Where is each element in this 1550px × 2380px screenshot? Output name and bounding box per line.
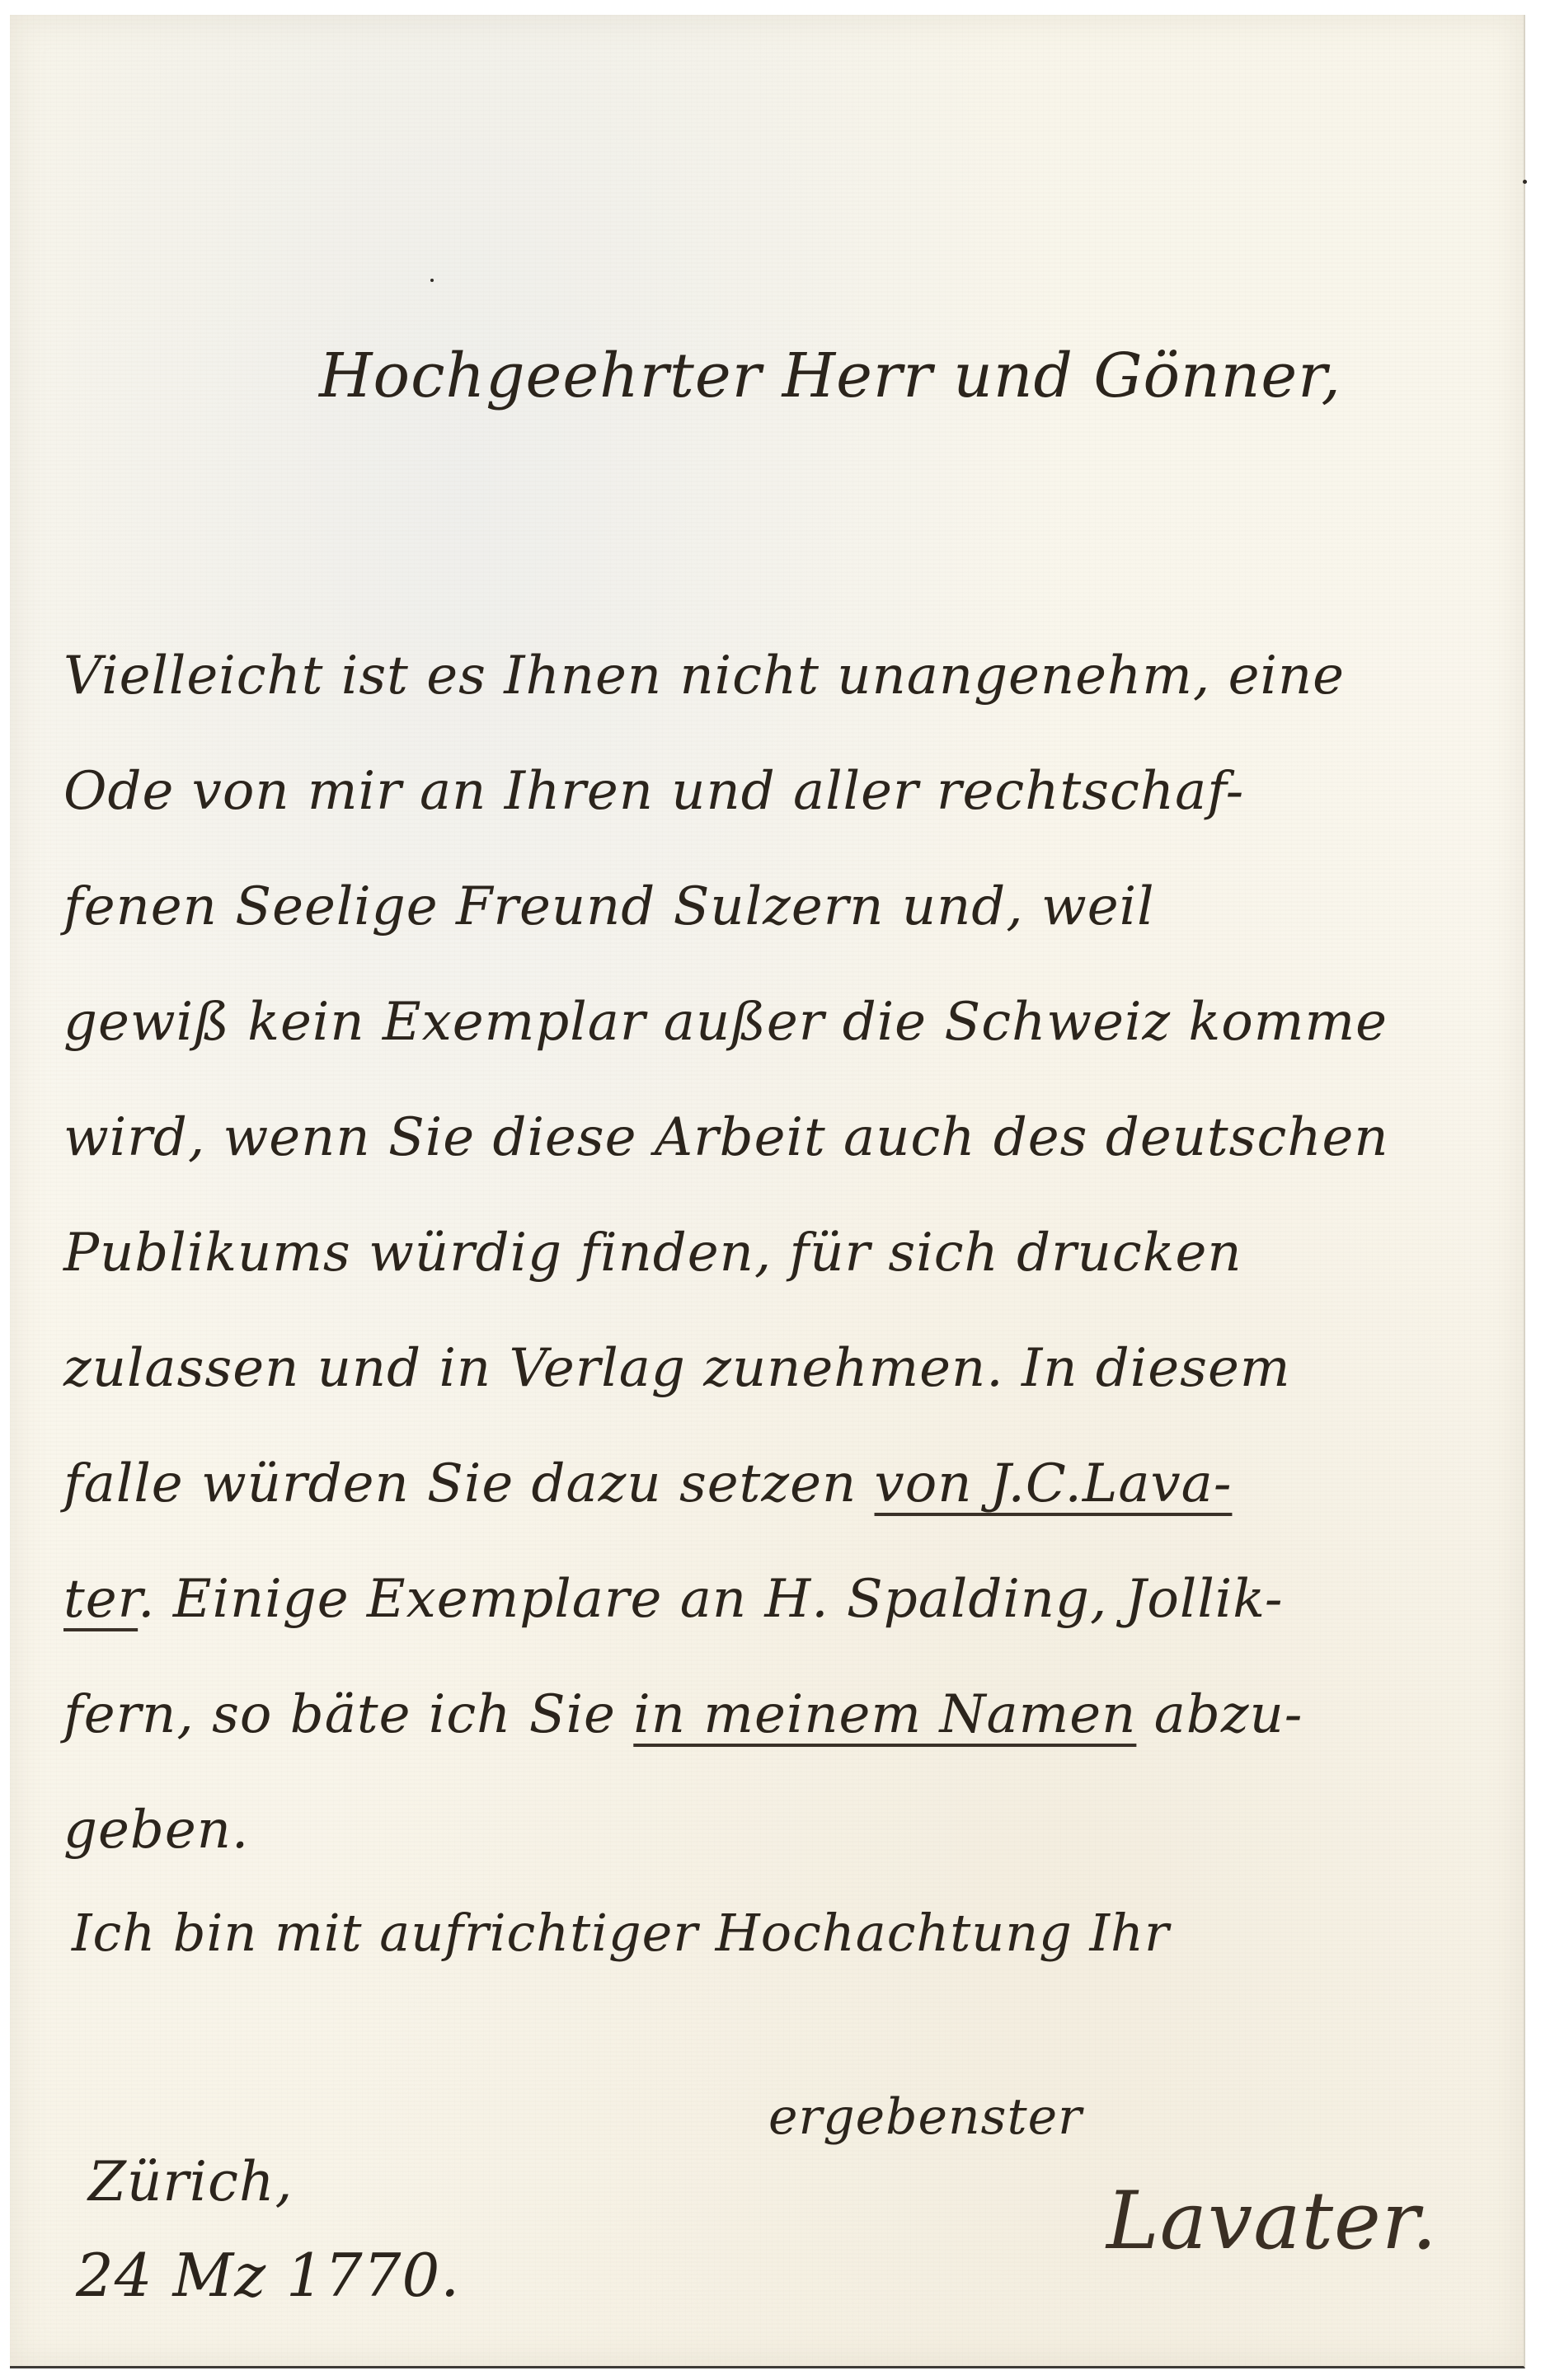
body-line-text: zulassen und in Verlag zunehmen. In dies…: [63, 1338, 1291, 1399]
body-line-text: fenen Seelige Freund Sulzern und, weil: [63, 876, 1155, 937]
body-line-2: Ode von mir an Ihren und aller rechtscha…: [63, 761, 1244, 822]
place: Zürich,: [88, 2150, 293, 2213]
closing-word: ergebenster: [768, 2088, 1083, 2146]
body-line-text: fern, so bäte ich Sie: [63, 1684, 633, 1745]
body-line-3: fenen Seelige Freund Sulzern und, weil: [63, 876, 1155, 937]
underlined-author-name: von J.C.Lava-: [875, 1453, 1233, 1514]
body-line-1: Vielleicht ist es Ihnen nicht unangenehm…: [63, 645, 1345, 706]
body-line-text: geben.: [63, 1800, 249, 1861]
body-line-text: Ode von mir an Ihren und aller rechtscha…: [63, 761, 1244, 822]
body-line-8: falle würden Sie dazu setzen von J.C.Lav…: [63, 1453, 1232, 1514]
underlined-author-name-end: ter: [63, 1569, 138, 1630]
body-line-text: wird, wenn Sie diese Arbeit auch des deu…: [63, 1107, 1389, 1168]
body-line-6: Publikums würdig finden, für sich drucke…: [63, 1223, 1242, 1284]
body-line-5: wird, wenn Sie diese Arbeit auch des deu…: [63, 1107, 1389, 1168]
body-line-text: abzu-: [1136, 1684, 1303, 1745]
paper-speck: [430, 279, 434, 282]
body-line-4: gewiß kein Exemplar außer die Schweiz ko…: [63, 992, 1388, 1053]
salutation: Hochgeehrter Herr und Gönner,: [319, 340, 1341, 411]
body-line-text: Vielleicht ist es Ihnen nicht unangenehm…: [63, 645, 1345, 706]
paper-speck: [1523, 180, 1527, 184]
closing-line: Ich bin mit aufrichtiger Hochachtung Ihr: [72, 1903, 1170, 1963]
body-line-7: zulassen und in Verlag zunehmen. In dies…: [63, 1338, 1291, 1399]
body-line-text: gewiß kein Exemplar außer die Schweiz ko…: [63, 992, 1388, 1053]
signature: Lavater.: [1106, 2175, 1438, 2267]
body-line-10: fern, so bäte ich Sie in meinem Namen ab…: [63, 1684, 1303, 1745]
body-line-text: . Einige Exemplare an H. Spalding, Jolli…: [138, 1569, 1283, 1630]
letter-paper: Hochgeehrter Herr und Gönner, Vielleicht…: [10, 15, 1525, 2368]
body-line-text: falle würden Sie dazu setzen: [63, 1453, 875, 1514]
body-line-text: Publikums würdig finden, für sich drucke…: [63, 1223, 1242, 1284]
body-line-9: ter. Einige Exemplare an H. Spalding, Jo…: [63, 1569, 1284, 1630]
date: 24 Mz 1770.: [76, 2241, 460, 2310]
body-line-11: geben.: [63, 1800, 249, 1861]
underlined-phrase: in meinem Namen: [633, 1684, 1136, 1745]
